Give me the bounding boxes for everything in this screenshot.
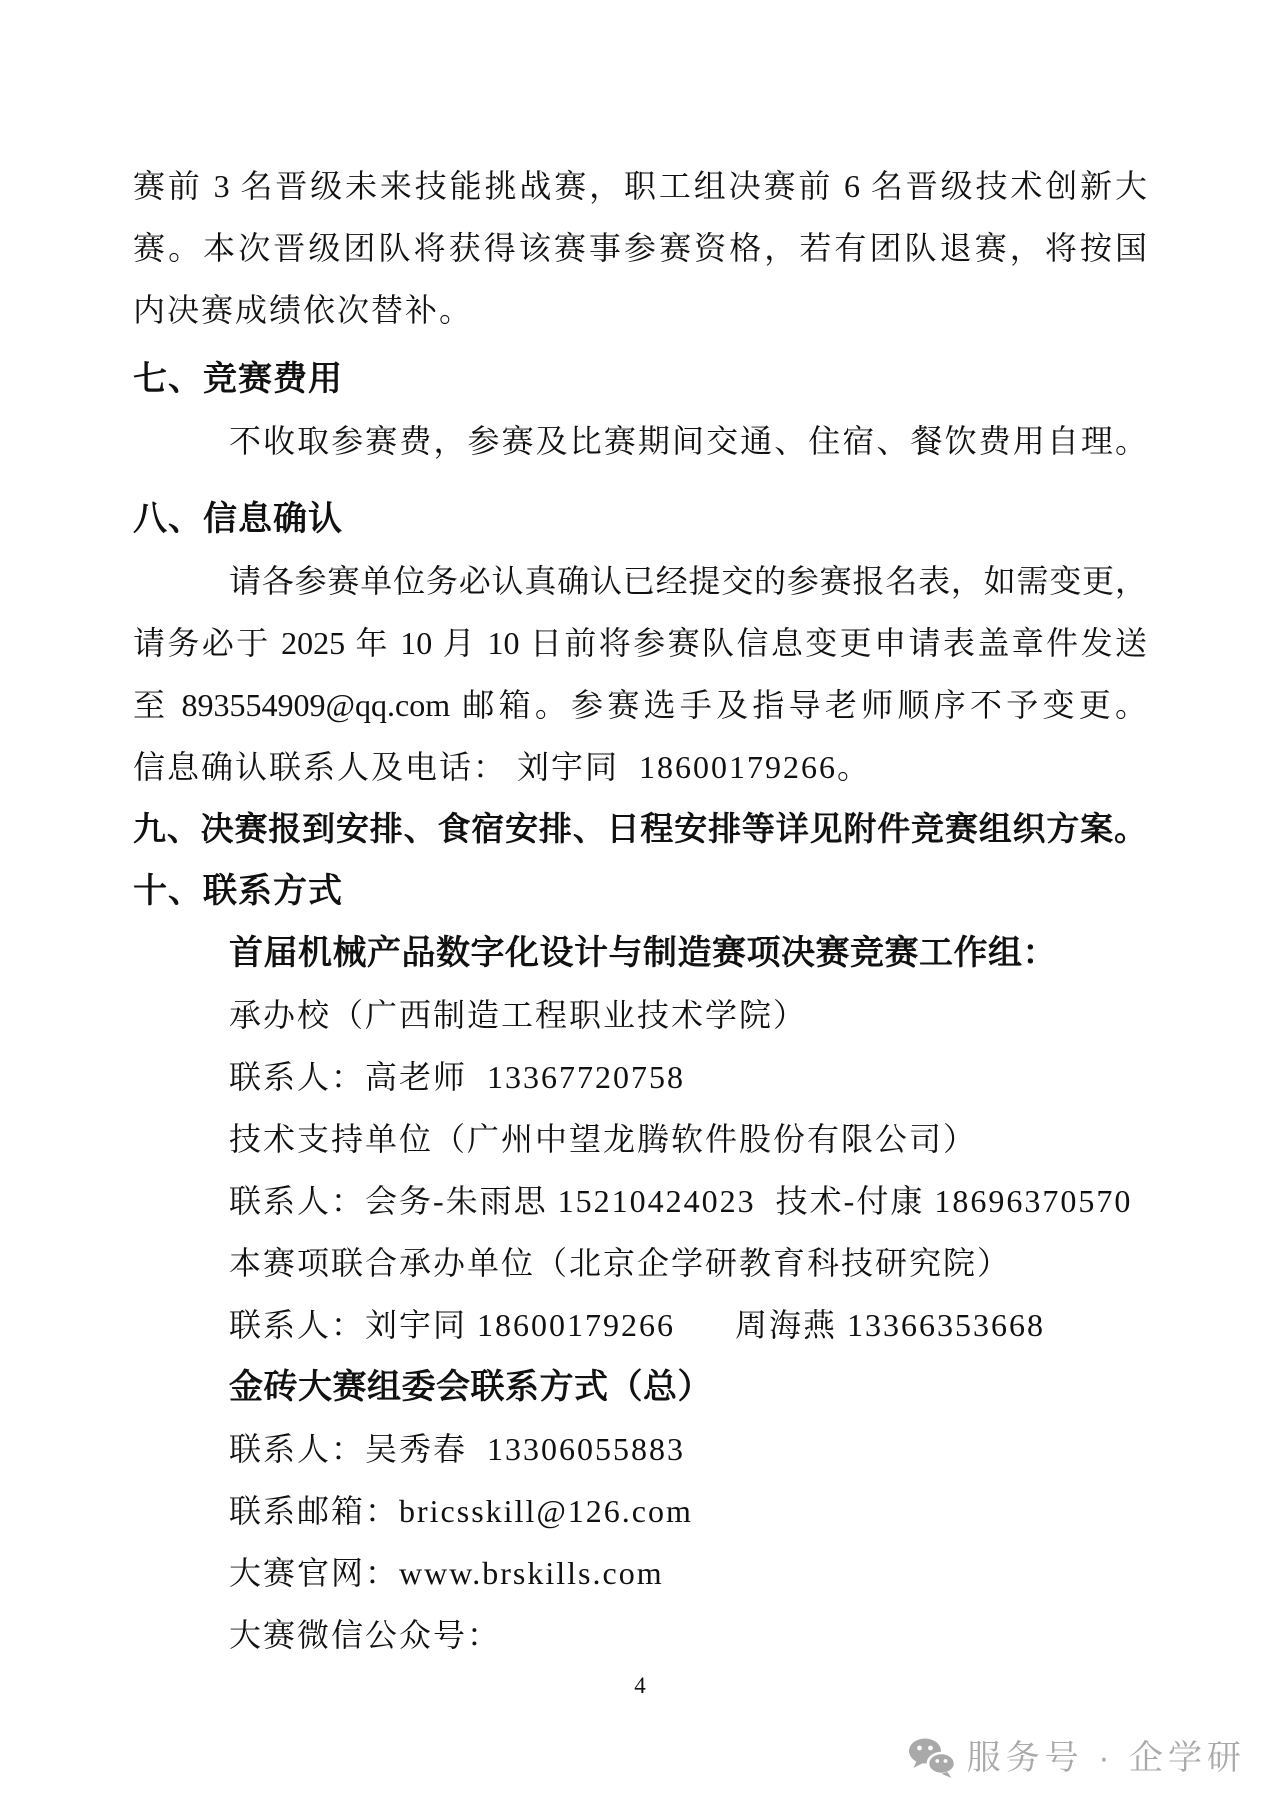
paragraph-line: 至 893554909@qq.com 邮箱。参赛选手及指导老师顺序不予变更。 bbox=[133, 674, 1147, 736]
paragraph-line: 内决赛成绩依次替补。 bbox=[133, 279, 1147, 341]
contact-line: 技术支持单位（广州中望龙腾软件股份有限公司） bbox=[133, 1108, 1147, 1170]
contact-line: 联系人：刘宇同 18600179266 周海燕 13366353668 bbox=[133, 1294, 1147, 1356]
paragraph-line: 不收取参赛费，参赛及比赛期间交通、住宿、餐饮费用自理。 bbox=[133, 410, 1147, 472]
contact-line: 本赛项联合承办单位（北京企学研教育科技研究院） bbox=[133, 1232, 1147, 1294]
section-heading-info: 八、信息确认 bbox=[133, 488, 1147, 550]
wechat-official-account-badge: 服务号 · 企学研 bbox=[908, 1734, 1246, 1782]
paragraph-line: 请务必于 2025 年 10 月 10 日前将参赛队信息变更申请表盖章件发送 bbox=[133, 612, 1147, 674]
paragraph-line: 赛前 3 名晋级未来技能挑战赛，职工组决赛前 6 名晋级技术创新大 bbox=[133, 155, 1147, 217]
paragraph-line: 请各参赛单位务必认真确认已经提交的参赛报名表，如需变更， bbox=[133, 550, 1147, 612]
contact-line: 联系邮箱：bricsskill@126.com bbox=[133, 1480, 1147, 1542]
document-body: 赛前 3 名晋级未来技能挑战赛，职工组决赛前 6 名晋级技术创新大 赛。本次晋级… bbox=[133, 155, 1147, 1666]
contact-line: 联系人：会务-朱雨思 15210424023 技术-付康 18696370570 bbox=[133, 1170, 1147, 1232]
contact-line: 大赛官网：www.brskills.com bbox=[133, 1542, 1147, 1604]
committee-title: 金砖大赛组委会联系方式（总） bbox=[133, 1356, 1147, 1418]
badge-label: 服务号 · 企学研 bbox=[967, 1734, 1246, 1782]
contact-line: 承办校（广西制造工程职业技术学院） bbox=[133, 984, 1147, 1046]
section-heading-contact: 十、联系方式 bbox=[133, 860, 1147, 922]
wechat-logo-icon bbox=[908, 1737, 956, 1779]
page-number: 4 bbox=[0, 1672, 1280, 1700]
paragraph-line: 信息确认联系人及电话： 刘宇同 18600179266。 bbox=[133, 736, 1147, 798]
contact-line: 联系人：吴秀春 13306055883 bbox=[133, 1418, 1147, 1480]
paragraph-line: 赛。本次晋级团队将获得该赛事参赛资格，若有团队退赛，将按国 bbox=[133, 217, 1147, 279]
contact-line: 联系人：高老师 13367720758 bbox=[133, 1046, 1147, 1108]
workgroup-title: 首届机械产品数字化设计与制造赛项决赛竞赛工作组： bbox=[133, 922, 1147, 984]
section-heading-final: 九、决赛报到安排、食宿安排、日程安排等详见附件竞赛组织方案。 bbox=[133, 798, 1147, 860]
contact-line: 大赛微信公众号： bbox=[133, 1604, 1147, 1666]
document-page: 赛前 3 名晋级未来技能挑战赛，职工组决赛前 6 名晋级技术创新大 赛。本次晋级… bbox=[0, 0, 1280, 1810]
section-heading-fee: 七、竞赛费用 bbox=[133, 348, 1147, 410]
